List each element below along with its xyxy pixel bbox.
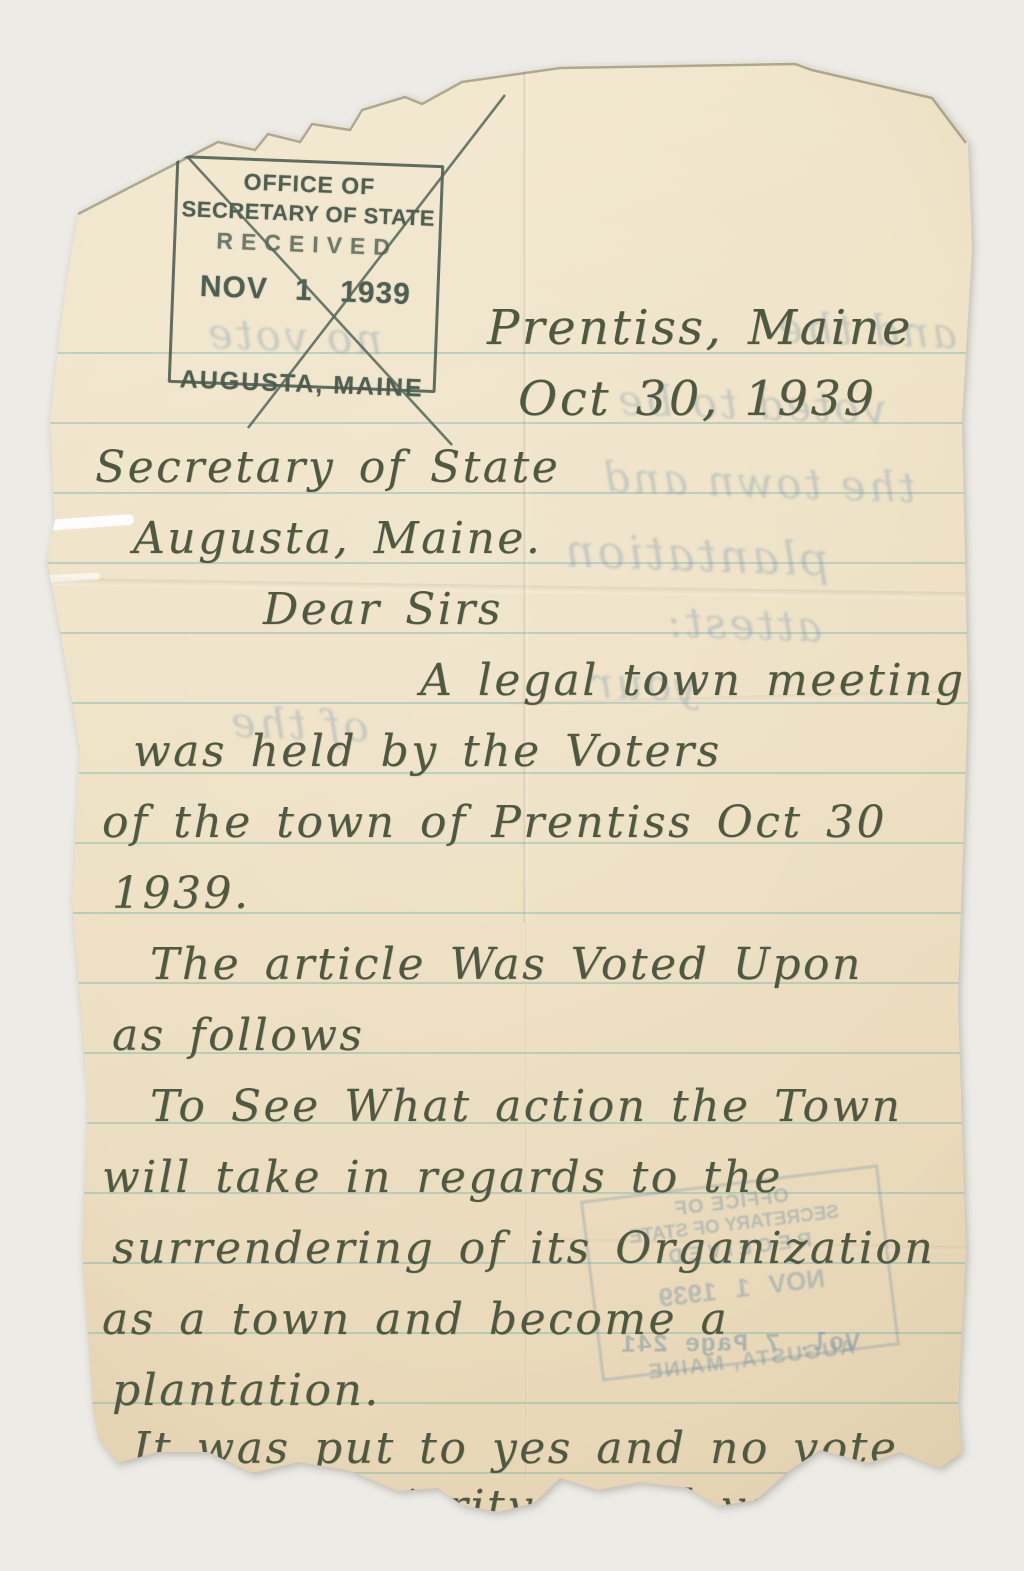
letter-line: Dear Sirs	[263, 584, 1024, 655]
letter-line: as follows	[112, 1010, 1024, 1081]
letter-line: Prentiss, Maine	[487, 300, 1024, 371]
letter-line: surrendering of its Organization	[112, 1223, 1024, 1294]
letter-line: It was put to yes and no vote	[133, 1423, 1024, 1481]
letter-line: plantation.	[112, 1365, 1024, 1423]
letter-paper: and thevoted to bethe town andplantation…	[0, 0, 1024, 1571]
paper-top-edge-shadow	[78, 64, 966, 214]
letter-line: Augusta, Maine.	[133, 513, 1024, 584]
letter-line: Oct 30, 1939	[518, 371, 1024, 442]
letter-line: of the town of Prentiss Oct 30	[102, 797, 1024, 868]
letter-line: as a town and become a	[102, 1294, 1024, 1365]
letter-line: Secretary of State	[95, 442, 1024, 513]
letter-line: To See What action the Town	[150, 1081, 1024, 1152]
letter-body: Prentiss, MaineOct 30, 1939Secretary of …	[0, 300, 1024, 1539]
letter-line: will take in regards to the	[102, 1152, 1024, 1223]
letter-line: A legal town meeting	[420, 655, 1024, 726]
letter-line: 1939.	[112, 868, 1024, 939]
scanned-letter-scene: and thevoted to bethe town andplantation…	[0, 0, 1024, 1571]
letter-line: The article Was Voted Upon	[150, 939, 1024, 1010]
paper-shadow: and thevoted to bethe town andplantation…	[0, 0, 1024, 1571]
letter-line: and the majority Voted yes	[112, 1481, 1024, 1539]
letter-line: was held by the Voters	[133, 726, 1024, 797]
